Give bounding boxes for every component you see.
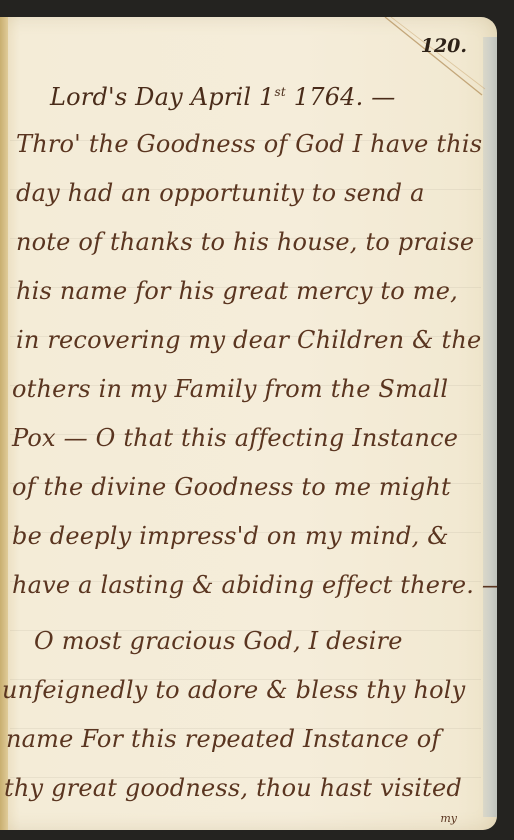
text-line: O most gracious God, I desire <box>34 627 403 655</box>
manuscript-page: 120. Lord's Day April 1st 1764. — Thro' … <box>0 17 497 830</box>
text-line: in recovering my dear Children & the <box>16 326 481 354</box>
text-line: others in my Family from the Small <box>12 375 448 403</box>
page-gutter <box>0 17 8 830</box>
heading-superscript: st <box>275 85 286 99</box>
text-line: unfeignedly to adore & bless thy holy <box>2 676 465 704</box>
entry-heading: Lord's Day April 1st 1764. — <box>50 83 396 111</box>
text-line: Thro' the Goodness of God I have this <box>16 130 482 158</box>
scanned-manuscript: 120. Lord's Day April 1st 1764. — Thro' … <box>0 0 514 840</box>
text-line: have a lasting & abiding effect there. — <box>12 571 497 599</box>
page-number: 120. <box>421 35 467 57</box>
text-line: his name for his great mercy to me, <box>16 277 458 305</box>
text-line: of the divine Goodness to me might <box>12 473 451 501</box>
page-edge <box>483 37 497 817</box>
text-line: thy great goodness, thou hast visited <box>4 774 462 802</box>
heading-text: Lord's Day April 1 <box>50 83 275 111</box>
text-line: note of thanks to his house, to praise <box>16 228 474 256</box>
text-line: be deeply impress'd on my mind, & <box>12 522 449 550</box>
text-line: day had an opportunity to send a <box>16 179 425 207</box>
text-line: name For this repeated Instance of <box>6 725 440 753</box>
catchword: my <box>440 812 457 825</box>
heading-year: 1764. — <box>286 83 396 111</box>
text-line: Pox — O that this affecting Instance <box>12 424 458 452</box>
